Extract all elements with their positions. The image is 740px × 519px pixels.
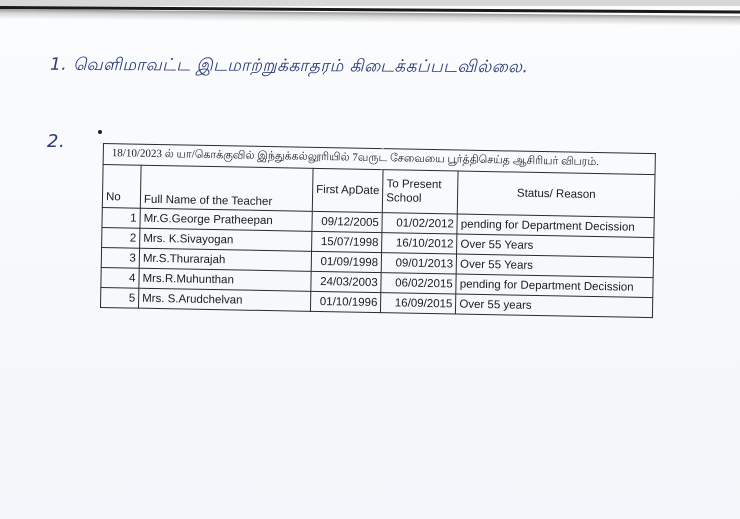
teacher-table-container: 18/10/2023 ல் யா/கொக்குவில் இந்துக்கல்லூ… xyxy=(100,143,656,318)
bullet-dot xyxy=(98,130,102,134)
cell-first-apdate: 01/10/1996 xyxy=(310,291,381,312)
scanned-page: 1. வெளிமாவட்ட இடமாற்றுக்காதரம் கிடைக்கப்… xyxy=(0,0,740,519)
cell-no: 3 xyxy=(101,247,139,268)
item-1-text: வெளிமாவட்ட இடமாற்றுக்காதரம் கிடைக்கப்படவ… xyxy=(73,55,528,77)
cell-no: 2 xyxy=(102,227,140,248)
cell-no: 1 xyxy=(102,207,140,228)
paper-top-band xyxy=(0,0,740,6)
cell-name: Mrs. S.Arudchelvan xyxy=(138,288,310,311)
cell-to-present-school: 09/01/2013 xyxy=(381,253,456,274)
cell-status: Over 55 years xyxy=(456,294,653,318)
cell-to-present-school: 16/10/2012 xyxy=(382,233,457,254)
header-first-apdate: First ApDate xyxy=(312,168,383,212)
cell-first-apdate: 09/12/2005 xyxy=(312,211,383,232)
item-1-number: 1. xyxy=(50,55,67,75)
cell-no: 4 xyxy=(101,267,139,288)
header-no: No xyxy=(102,165,141,209)
handwritten-item-1: 1. வெளிமாவட்ட இடமாற்றுக்காதரம் கிடைக்கப்… xyxy=(50,55,528,80)
cell-first-apdate: 15/07/1998 xyxy=(312,231,383,252)
cell-no: 5 xyxy=(100,287,138,308)
header-to-present-school: To Present School xyxy=(383,170,459,214)
cell-first-apdate: 01/09/1998 xyxy=(311,251,382,272)
header-name: Full Name of the Teacher xyxy=(140,165,313,211)
cell-to-present-school: 01/02/2012 xyxy=(382,213,457,234)
cell-to-present-school: 16/09/2015 xyxy=(381,293,456,314)
handwritten-item-2-number: 2. xyxy=(47,131,65,152)
header-status: Status/ Reason xyxy=(458,171,655,218)
cell-first-apdate: 24/03/2003 xyxy=(311,271,382,292)
teacher-service-table: 18/10/2023 ல் யா/கொக்குவில் இந்துக்கல்லூ… xyxy=(100,143,656,318)
cell-to-present-school: 06/02/2015 xyxy=(381,273,456,294)
